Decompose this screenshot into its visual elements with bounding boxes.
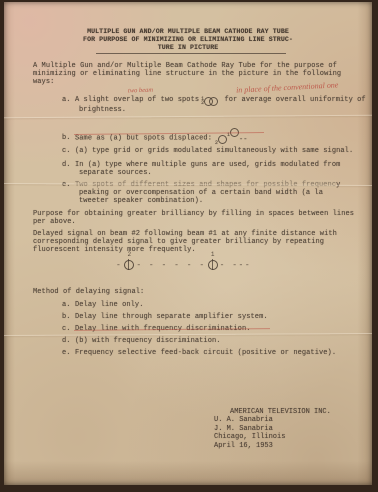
paper-sheet: MULTIPLE GUN AND/OR MULTIPLE BEAM CATHOD…: [4, 2, 372, 485]
glyph-b-dashes: --: [239, 136, 248, 144]
list2-item-a-text: Delay line only.: [75, 301, 144, 309]
list2-item-e: e.Frequency selective feed-back circuit …: [62, 349, 369, 357]
delayed-signal-paragraph: Delayed signal on beam #2 following beam…: [33, 230, 345, 254]
list1-item-a-text-before: A slight overlap of two spots: [75, 96, 199, 104]
diagram-label-beam-1: 1: [211, 251, 215, 258]
list2-item-d-text: (b) with frequency discrimination.: [75, 337, 221, 345]
beam-spacing-diagram: -2- - - - - -1- ---: [116, 260, 251, 270]
signer-name-2: J. M. Sanabria: [214, 425, 331, 433]
beam-2-circle: [124, 260, 134, 270]
displaced-spot-low: [218, 135, 227, 144]
list1-item-d: d.In (a) type where multiple guns are us…: [62, 161, 357, 177]
list1-item-c-letter: c.: [62, 147, 75, 155]
list1-item-b-text: Same as (a) but spots displaced:: [75, 134, 212, 142]
title-line-1: MULTIPLE GUN AND/OR MULTIPLE BEAM CATHOD…: [4, 28, 372, 36]
list1-item-c-text: (a) type grid or grids modulated simulta…: [75, 147, 353, 155]
signature-city: Chicago, Illinois: [214, 433, 331, 441]
spot-circle-2: [209, 97, 218, 106]
paper-crease: [4, 115, 372, 119]
list2-item-d: d.(b) with frequency discrimination.: [62, 337, 369, 345]
list2-item-b-text: Delay line through separate amplifier sy…: [75, 313, 268, 321]
list2-item-b: b.Delay line through separate amplifier …: [62, 313, 369, 321]
signature-date: April 16, 1953: [214, 442, 331, 450]
scanned-memo-page: { "page": { "title_lines": [ "MULTIPLE G…: [0, 0, 378, 492]
faded-text-area: [74, 180, 336, 188]
title-line-3: TURE IN PICTURE: [4, 44, 372, 52]
list1-item-c: c.(a) type grid or grids modulated simul…: [62, 147, 378, 155]
list1-item-a: a.A slight overlap of two spots12 for av…: [62, 96, 378, 114]
diagram-label-beam-2: 2: [128, 251, 132, 258]
list2-item-b-letter: b.: [62, 313, 75, 321]
displaced-spots-glyph: 21--: [215, 128, 248, 147]
title-line-2: FOR PURPOSE OF MINIMIZING OR ELIMINATING…: [4, 36, 372, 44]
diagram-dash-mid: - - - - - -: [136, 261, 205, 270]
overlapping-spots-glyph: 12: [201, 97, 218, 106]
diagram-dash-tail: - ---: [220, 261, 252, 270]
list2-item-e-text: Frequency selective feed-back circuit (p…: [75, 349, 336, 357]
paper-crease: [4, 333, 372, 336]
signature-block: AMERICAN TELEVISION INC. U. A. Sanabria …: [214, 408, 331, 450]
list2-item-a-letter: a.: [62, 301, 75, 309]
handwritten-note-two-beam: two beam: [128, 87, 153, 96]
list2-item-a: a.Delay line only.: [62, 301, 369, 309]
title-underline: [96, 53, 286, 54]
list1-item-a-letter: a.: [62, 96, 75, 104]
list1-item-d-letter: d.: [62, 161, 75, 169]
list2-item-e-letter: e.: [62, 349, 75, 357]
purpose-paragraph: Purpose for obtaining greater brilliancy…: [33, 210, 355, 226]
method-heading: Method of delaying signal:: [33, 288, 144, 296]
list2-item-d-letter: d.: [62, 337, 75, 345]
beam-1-circle: [208, 260, 218, 270]
diagram-dash-lead: -: [116, 261, 122, 270]
list1-item-b-letter: b.: [62, 134, 75, 142]
list1-item-d-text: In (a) type where multiple guns are used…: [75, 161, 340, 177]
signer-name-1: U. A. Sanabria: [214, 416, 331, 424]
list1-item-b: b.Same as (a) but spots displaced:21--: [62, 128, 378, 147]
